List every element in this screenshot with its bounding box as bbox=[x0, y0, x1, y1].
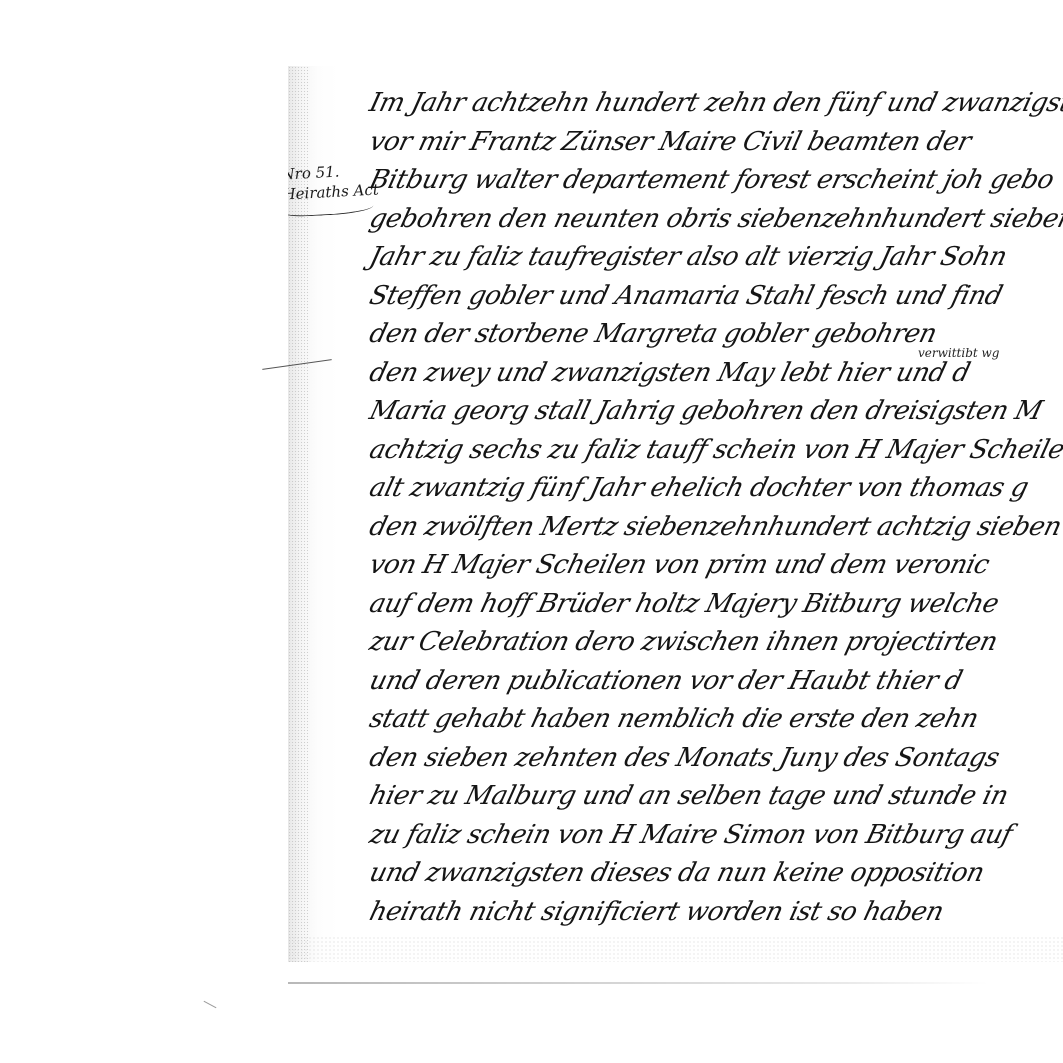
scan-noise-bottom bbox=[288, 936, 1063, 962]
text-line: Jahr zu faliz taufregister also alt vier… bbox=[365, 238, 1063, 277]
record-body: Im Jahr achtzehn hundert zehn den fünf u… bbox=[370, 84, 1063, 931]
text-line: achtzig sechs zu faliz tauff schein von … bbox=[365, 431, 1063, 470]
text-line: Bitburg walter departement forest ersche… bbox=[365, 161, 1063, 200]
text-line: von H Majer Scheilen von prim und dem ve… bbox=[365, 546, 1063, 585]
text-line: statt gehabt haben nemblich die erste de… bbox=[365, 700, 1063, 739]
text-line: auf dem hoff Brüder holtz Majery Bitburg… bbox=[365, 585, 1063, 624]
text-line: heirath nicht significiert worden ist so… bbox=[365, 893, 1063, 932]
scanned-page: Nro 51. Heiraths Act Im Jahr achtzehn hu… bbox=[288, 66, 1063, 962]
text-line: zu faliz schein von H Maire Simon von Bi… bbox=[365, 816, 1063, 855]
text-line: Steffen gobler und Anamaria Stahl fesch … bbox=[365, 277, 1063, 316]
text-line: den zwölften Mertz siebenzehnhundert ach… bbox=[365, 508, 1063, 547]
page-edge-shadow bbox=[288, 982, 988, 984]
text-line: und zwanzigsten dieses da nun keine oppo… bbox=[365, 854, 1063, 893]
text-line: zur Celebration dero zwischen ihnen proj… bbox=[365, 623, 1063, 662]
text-line: vor mir Frantz Zünser Maire Civil beamte… bbox=[365, 123, 1063, 162]
text-line: hier zu Malburg und an selben tage und s… bbox=[365, 777, 1063, 816]
text-line: den sieben zehnten des Monats Juny des S… bbox=[365, 739, 1063, 778]
flourish-underline bbox=[288, 198, 374, 218]
interlinear-note: verwittibt wg bbox=[918, 346, 999, 360]
text-line: Maria georg stall Jahrig gebohren den dr… bbox=[365, 392, 1063, 431]
stray-mark bbox=[204, 1001, 217, 1008]
text-line: gebohren den neunten obris siebenzehnhun… bbox=[365, 200, 1063, 239]
document-canvas: Nro 51. Heiraths Act Im Jahr achtzehn hu… bbox=[0, 0, 1063, 1063]
text-line: und deren publicationen vor der Haubt th… bbox=[365, 662, 1063, 701]
text-line: alt zwantzig fünf Jahr ehelich dochter v… bbox=[365, 469, 1063, 508]
text-line: Im Jahr achtzehn hundert zehn den fünf u… bbox=[365, 84, 1063, 123]
